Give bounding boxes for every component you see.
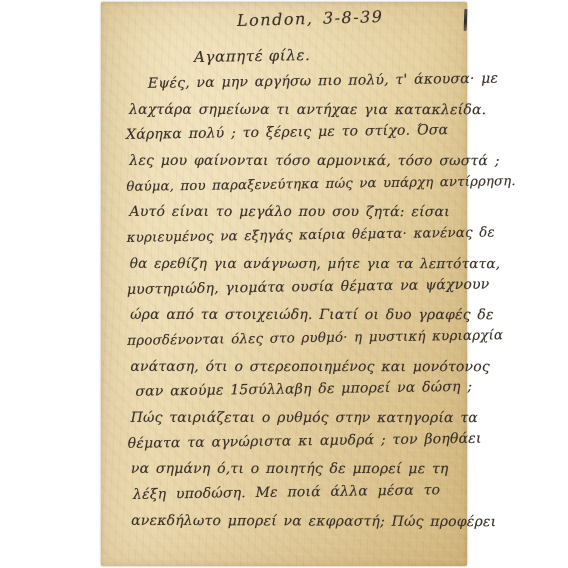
letter-dateline: London, 3-8-39 (237, 7, 384, 30)
handwritten-line: κυριευμένος να εξηγάς καίρια θέματα· καν… (126, 221, 460, 252)
handwritten-line: λέξη υποδώση. Με ποιά άλλα μέσα το (133, 478, 462, 509)
scan-background: London, 3-8-39 Αγαπητέ φίλε. Εψές, να μη… (0, 0, 568, 568)
handwritten-line: θαύμα, που παραξενεύτηκα πώς να υπάρχη α… (126, 170, 460, 201)
paper-edge-mark (464, 9, 468, 31)
letter-page: London, 3-8-39 Αγαπητέ φίλε. Εψές, να μη… (101, 2, 467, 566)
handwritten-line: θέματα τα αγνώριστα κι αμυδρά ; τον βοηθ… (128, 427, 462, 458)
handwritten-line: προσδένονται όλες στο ρυθμό· η μυστική κ… (127, 324, 461, 355)
letter-body: Εψές, να μην αργήσω πιο πολύ, τ' άκουσα·… (126, 70, 462, 534)
handwritten-line: σαν ακούμε 15σύλλαβη δε μπορεί να δώση ; (135, 375, 461, 406)
handwritten-line: μυστηριώδη, γιομάτα ουσία θέματα να ψάχν… (127, 272, 461, 303)
handwritten-line: ανεκδήλωτο μπορεί να εκφραστή; Πώς προφέ… (131, 509, 462, 536)
handwritten-line: Χάρηκα πολύ ; το ξέρεις με το στίχο. Όσα (126, 118, 460, 149)
letter-salutation: Αγαπητέ φίλε. (194, 46, 311, 66)
handwritten-line: Εψές, να μην αργήσω πιο πολύ, τ' άκουσα·… (148, 67, 460, 97)
